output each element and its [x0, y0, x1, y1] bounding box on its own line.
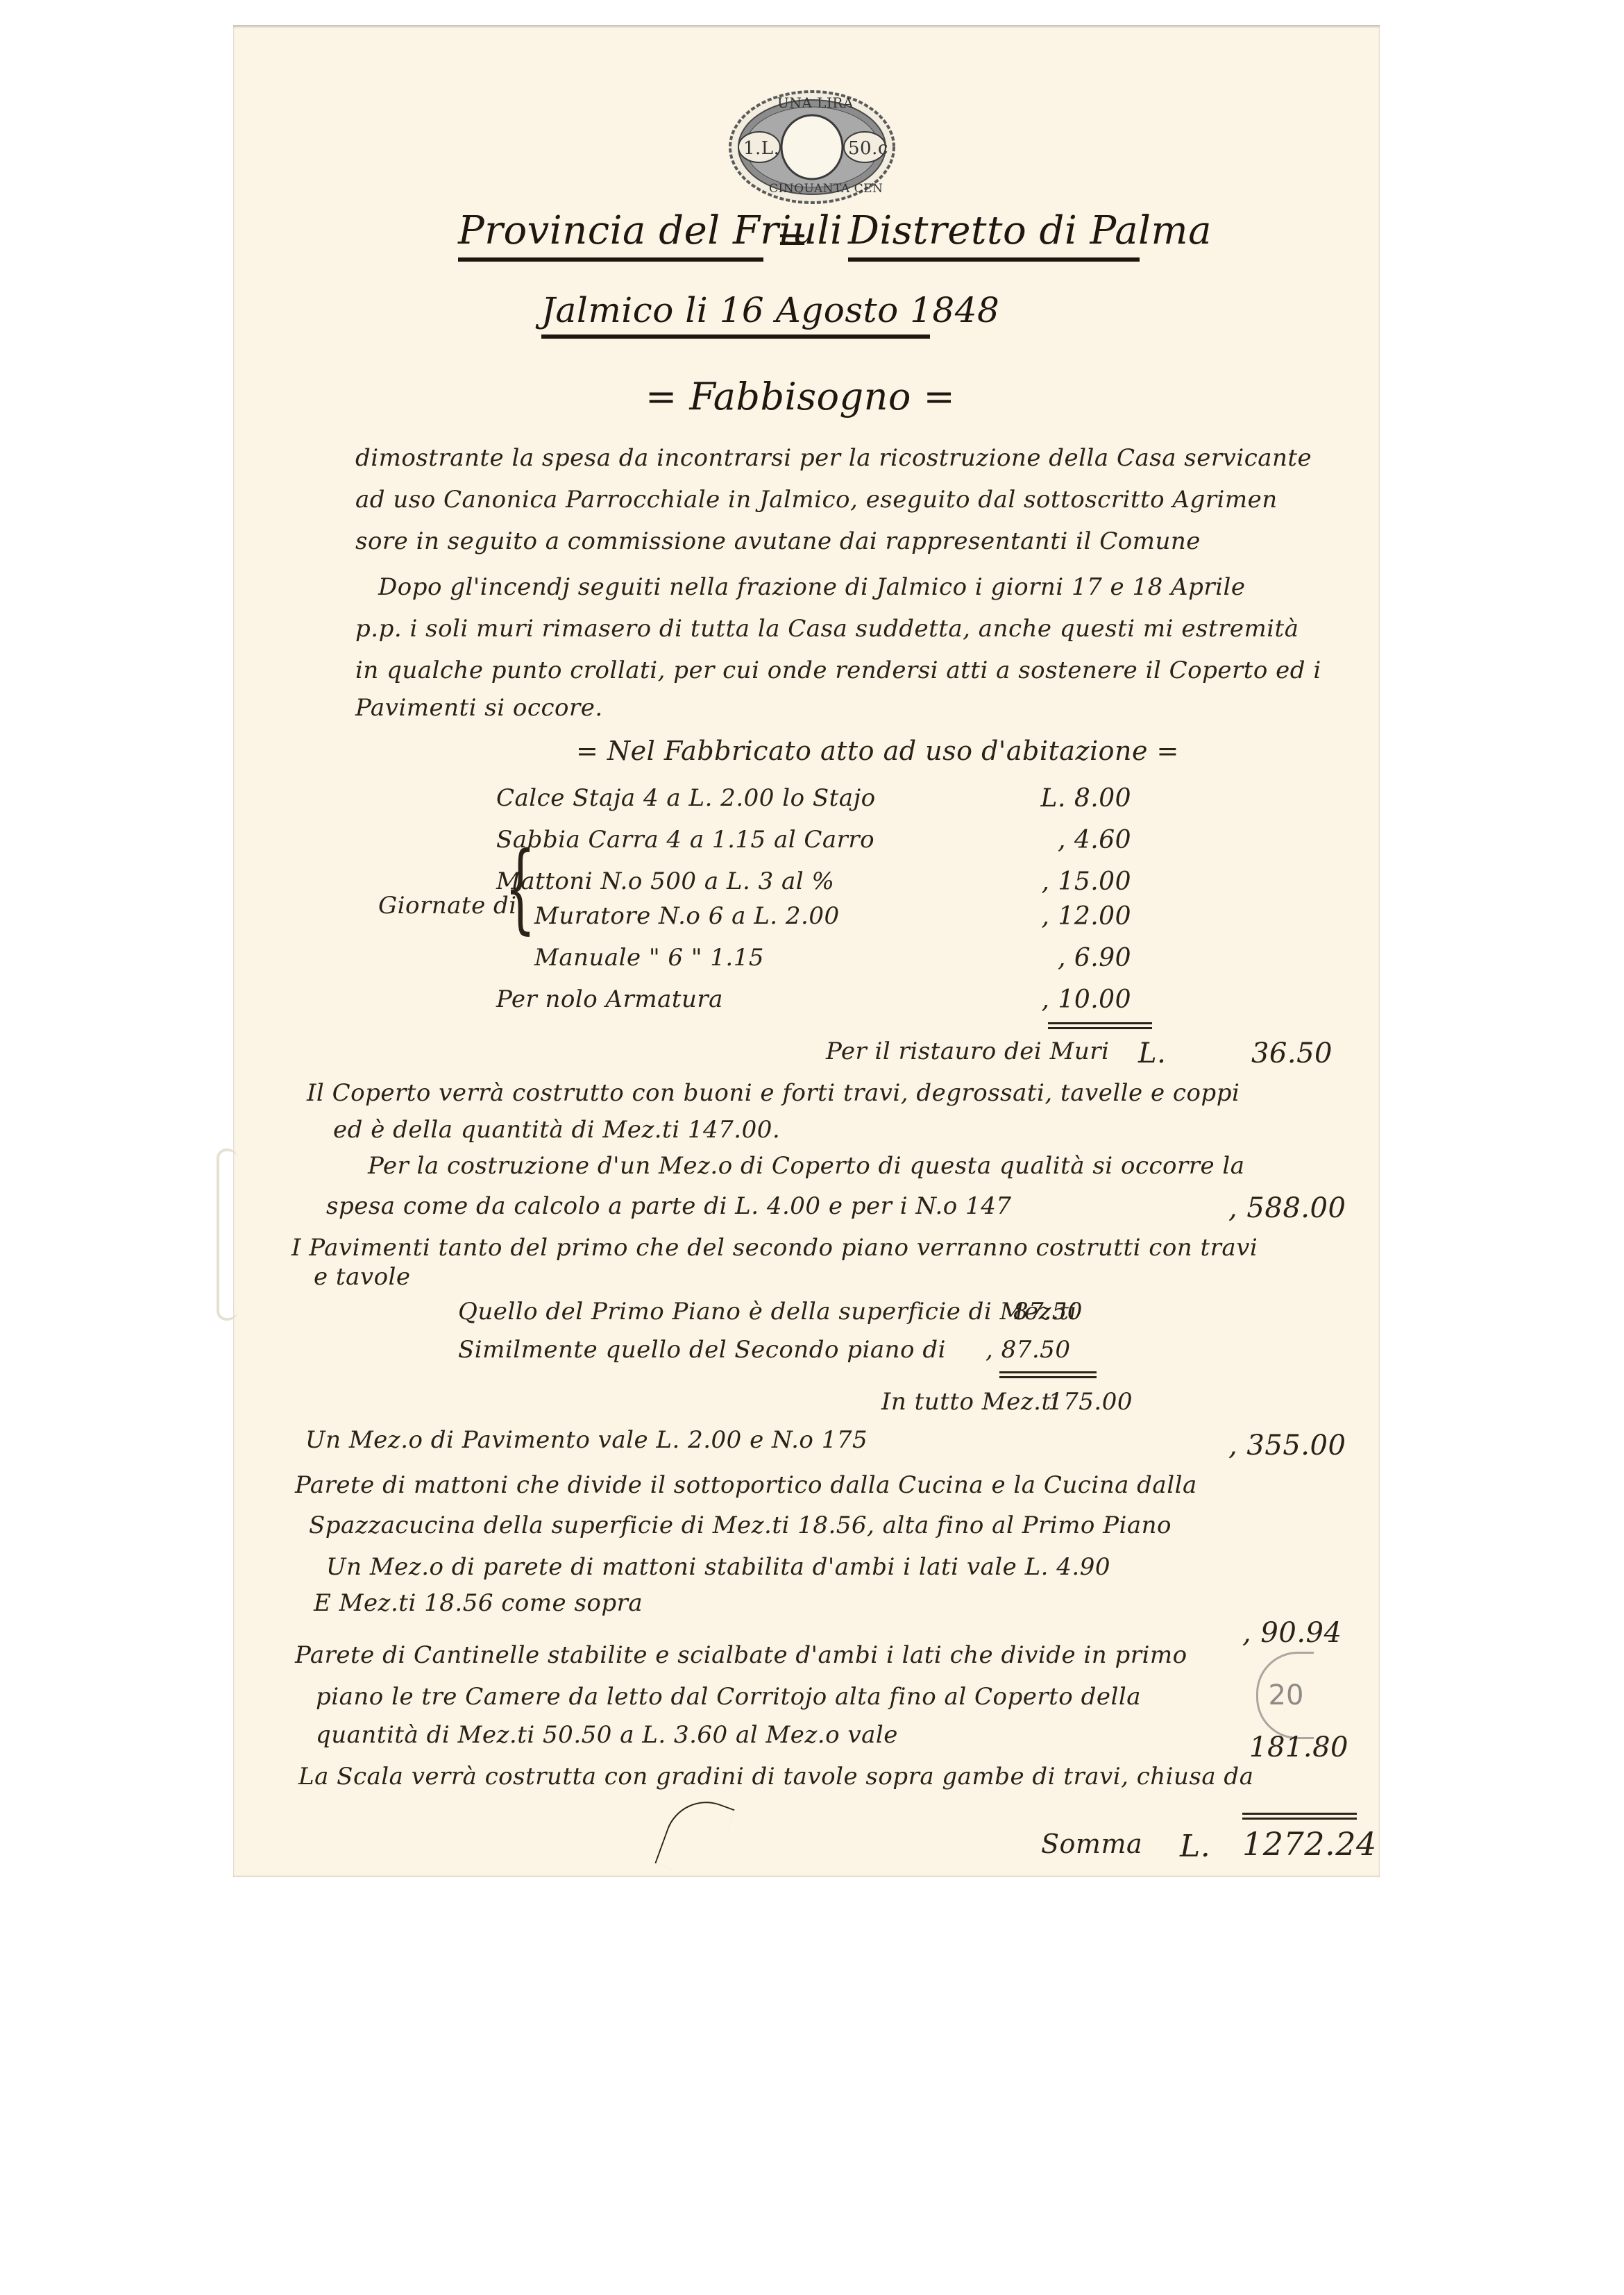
roof-amount: , 588.00 [1228, 1192, 1339, 1224]
text-line: E Mez.ti 18.56 come sopra [314, 1589, 643, 1617]
text-line: ed è della quantità di Mez.ti 147.00. [333, 1116, 780, 1144]
wall-amount: , 90.94 [1242, 1617, 1339, 1649]
floor-total-value: 175.00 [1048, 1388, 1133, 1416]
place-date: Jalmico li 16 Agosto 1848 [541, 290, 930, 339]
text-line: ad uso Canonica Parrocchiale in Jalmico,… [355, 486, 1278, 514]
stairs-line: La Scala verrà costrutta con gradini di … [298, 1763, 1253, 1790]
text-line: Spazzacucina della superficie di Mez.ti … [309, 1511, 1172, 1539]
text-line: quantità di Mez.ti 50.50 a L. 3.60 al Me… [316, 1721, 898, 1749]
partition-amount: 181.80 [1249, 1731, 1339, 1763]
stamp-top-text: UNA LIRA [777, 94, 854, 111]
province-heading: Provincia del Friuli [458, 208, 763, 262]
text-line: piano le tre Camere da letto dal Corrito… [316, 1683, 1141, 1711]
text-line: Un Mez.o di Pavimento vale L. 2.00 e N.o… [305, 1426, 868, 1454]
ledger-item-amount: L. 8.00 [1027, 784, 1131, 813]
ledger-item-desc: Muratore N.o 6 a L. 2.00 [534, 902, 840, 930]
sum-rule [999, 1371, 1097, 1378]
header-separator: = [776, 217, 809, 262]
stamp-right-value: 50.c [848, 138, 888, 159]
floor-detail-value: , 87.50 [986, 1336, 1070, 1364]
text-line: dimostrante la spesa da incontrarsi per … [355, 444, 1312, 472]
ledger-item-amount: , 6.90 [1027, 944, 1131, 972]
text-line: Dopo gl'incendj seguiti nella frazione d… [378, 573, 1245, 601]
section-heading: = Nel Fabbricato atto ad uso d'abitazion… [576, 736, 1179, 766]
text-line: I Pavimenti tanto del primo che del seco… [291, 1234, 1258, 1262]
floor-detail-desc: Similmente quello del Secondo piano di [458, 1336, 946, 1364]
text-line: spesa come da calcolo a parte di L. 4.00… [326, 1192, 1011, 1220]
ledger-item-amount: , 4.60 [1027, 826, 1131, 854]
total-amount: 1272.24 [1242, 1825, 1360, 1863]
text-line: Parete di Cantinelle stabilite e scialba… [295, 1641, 1187, 1669]
text-line: Il Coperto verrà costrutto con buoni e f… [307, 1079, 1240, 1107]
subtotal-amount: 36.50 [1235, 1038, 1333, 1069]
ledger-item-desc: Sabbia Carra 4 a 1.15 al Carro [496, 826, 874, 854]
subtotal-label: Per il ristauro dei Muri [826, 1038, 1109, 1065]
text-line: p.p. i soli muri rimasero di tutta la Ca… [355, 615, 1299, 643]
stamp-left-value: 1.L. [743, 138, 779, 159]
ledger-item-desc: Manuale " 6 " 1.15 [534, 944, 764, 972]
sum-rule [1242, 1813, 1357, 1820]
text-line: e tavole [314, 1263, 411, 1291]
total-label: Somma [1041, 1829, 1142, 1859]
floor-detail-desc: Quello del Primo Piano è della superfici… [458, 1298, 1077, 1326]
bracket-label: Giornate di [378, 892, 517, 920]
ledger-item-desc: Per nolo Armatura [496, 985, 723, 1013]
binding-thread [217, 1149, 237, 1321]
text-line: Per la costruzione d'un Mez.o di Coperto… [368, 1152, 1245, 1180]
ledger-item-amount: , 15.00 [1027, 867, 1131, 896]
ledger-item-desc: Mattoni N.o 500 a L. 3 al % [496, 867, 834, 895]
total-currency: L. [1180, 1829, 1210, 1864]
floor-total-label: In tutto Mez.ti [881, 1388, 1059, 1416]
stamp-bottom-text: CINQUANTA CEN [769, 182, 883, 196]
sum-rule [1048, 1022, 1152, 1029]
ledger-item-amount: , 12.00 [1027, 902, 1131, 931]
ledger-item-amount: , 10.00 [1027, 985, 1131, 1014]
floor-detail-value: 87.50 [1013, 1298, 1083, 1326]
brace-icon: { [505, 840, 536, 937]
text-line: in qualche punto crollati, per cui onde … [355, 657, 1321, 684]
district-heading: Distretto di Palma [848, 208, 1140, 262]
currency-symbol: L. [1138, 1038, 1166, 1069]
text-line: Pavimenti si occore. [355, 694, 603, 722]
document-title: = Fabbisogno = [645, 375, 955, 418]
floors-amount: , 355.00 [1228, 1430, 1339, 1462]
text-line: sore in seguito a commissione avutane da… [355, 527, 1201, 555]
ledger-item-desc: Calce Staja 4 a L. 2.00 lo Stajo [496, 784, 876, 812]
text-line: Parete di mattoni che divide il sottopor… [295, 1471, 1197, 1499]
text-line: Un Mez.o di parete di mattoni stabilita … [326, 1553, 1110, 1581]
